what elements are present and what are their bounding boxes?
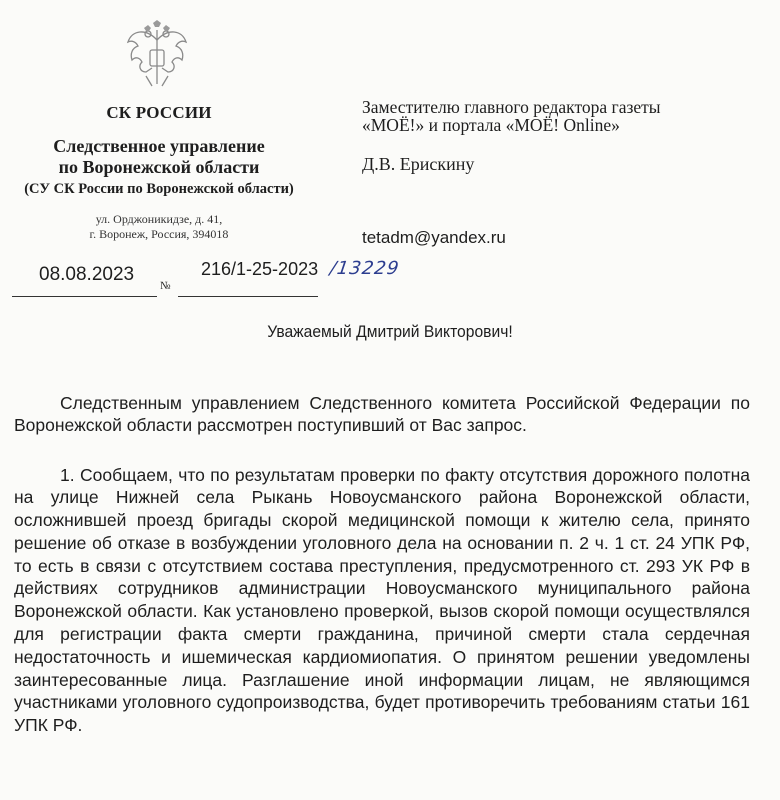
salutation: Уважаемый Дмитрий Викторович! — [31, 322, 749, 342]
coat-of-arms-icon — [122, 20, 192, 92]
org-full-name: Следственное управление по Воронежской о… — [0, 136, 318, 178]
addressee-title-line2: «МОЁ!» и портала «МОЁ! Online» — [362, 116, 661, 134]
org-address-line1: ул. Орджоникидзе, д. 41, — [0, 212, 318, 227]
letter-page: СК РОССИИ Следственное управление по Вор… — [0, 0, 780, 800]
org-full-name-line1: Следственное управление — [0, 136, 318, 157]
addressee-name: Д.В. Ерискину — [362, 154, 474, 175]
registration-date-field: 08.08.2023 — [12, 262, 157, 297]
org-address-line2: г. Воронеж, Россия, 394018 — [0, 227, 318, 242]
registration-number-label: № — [160, 280, 171, 292]
registration-number-field: 216/1-25-2023 — [178, 262, 318, 297]
org-address: ул. Орджоникидзе, д. 41, г. Воронеж, Рос… — [0, 212, 318, 242]
addressee-title: Заместителю главного редактора газеты «М… — [362, 98, 661, 134]
org-full-name-line2: по Воронежской области — [0, 157, 318, 178]
addressee-title-line1: Заместителю главного редактора газеты — [362, 98, 661, 116]
registration-date: 08.08.2023 — [39, 264, 134, 286]
handwritten-number: /13229 — [329, 258, 401, 279]
registration-number: 216/1-25-2023 — [201, 259, 318, 280]
body-paragraph-2: 1. Сообщаем, что по результатам проверки… — [14, 464, 750, 738]
org-short-name: СК РОССИИ — [0, 103, 318, 123]
body-paragraph-1: Следственным управлением Следственного к… — [14, 392, 750, 438]
org-abbreviation: (СУ СК России по Воронежской области) — [0, 181, 318, 198]
addressee-email: tetadm@yandex.ru — [362, 228, 506, 248]
